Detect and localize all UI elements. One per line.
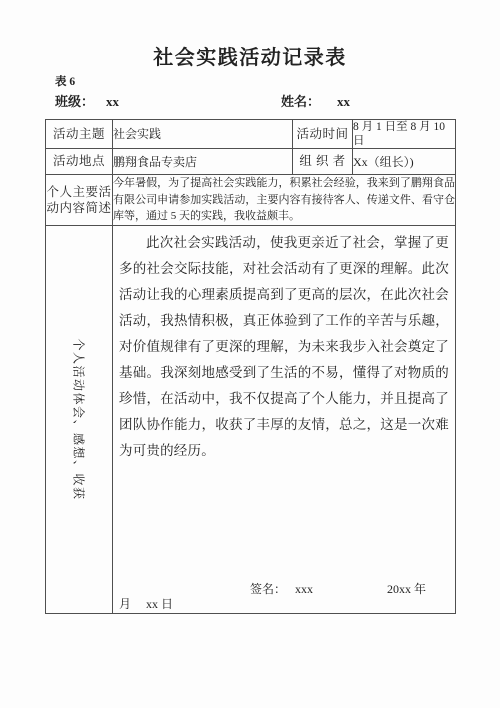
activity-time-label: 活动时间 — [293, 120, 353, 149]
summary-label: 个人主要活动内容简述 — [46, 175, 113, 226]
name-label: 姓名： — [281, 93, 320, 110]
class-value: xx — [106, 93, 119, 110]
table-row: 活动地点 鹏翔食品专卖店 组 织 者 Xx（组长）) — [46, 149, 456, 175]
name-value: xx — [337, 93, 350, 110]
signature-label: 签名： — [250, 582, 286, 596]
organizer-value: Xx（组长）) — [353, 149, 456, 175]
reflection-label: 个人活动体会、感想、收获 — [71, 338, 88, 500]
signature-date: 月 xx 日 — [119, 597, 449, 611]
form-number: 表 6 — [55, 76, 500, 89]
reflection-label-cell: 个人活动体会、感想、收获 — [46, 226, 113, 614]
meta-row: 班级： xx 姓名： xx — [55, 93, 500, 110]
reflection-content: 此次社会实践活动，使我更亲近了社会，掌握了更多的社会交际技能，对社会活动有了更深… — [119, 230, 449, 464]
signature-name: xxx — [295, 582, 313, 596]
activity-place-value: 鹏翔食品专卖店 — [113, 149, 293, 175]
organizer-label: 组 织 者 — [293, 149, 353, 175]
document-page: 社会实践活动记录表 表 6 班级： xx 姓名： xx 活动主题 社会实践 活动… — [0, 0, 500, 708]
table-row: 个人活动体会、感想、收获 此次社会实践活动，使我更亲近了社会，掌握了更多的社会交… — [46, 226, 456, 614]
page-title: 社会实践活动记录表 — [0, 0, 500, 70]
signature-block: 签名： xxx 20xx 年 月 xx 日 — [119, 582, 449, 611]
activity-topic-value: 社会实践 — [113, 120, 293, 149]
vertical-label-wrap: 个人活动体会、感想、收获 — [46, 226, 112, 613]
class-label: 班级： — [55, 93, 94, 110]
activity-topic-label: 活动主题 — [46, 120, 113, 149]
reflection-cell: 此次社会实践活动，使我更亲近了社会，掌握了更多的社会交际技能，对社会活动有了更深… — [113, 226, 456, 614]
record-table: 活动主题 社会实践 活动时间 8 月 1 日至 8 月 10 日 活动地点 鹏翔… — [45, 119, 456, 614]
signature-year: 20xx 年 — [387, 582, 426, 596]
table-row: 个人主要活动内容简述 今年暑假，为了提高社会实践能力，积累社会经验，我来到了鹏翔… — [46, 175, 456, 226]
summary-content: 今年暑假，为了提高社会实践能力，积累社会经验，我来到了鹏翔食品有限公司申请参加实… — [113, 175, 456, 226]
table-row: 活动主题 社会实践 活动时间 8 月 1 日至 8 月 10 日 — [46, 120, 456, 149]
activity-time-value: 8 月 1 日至 8 月 10 日 — [353, 120, 456, 149]
activity-place-label: 活动地点 — [46, 149, 113, 175]
